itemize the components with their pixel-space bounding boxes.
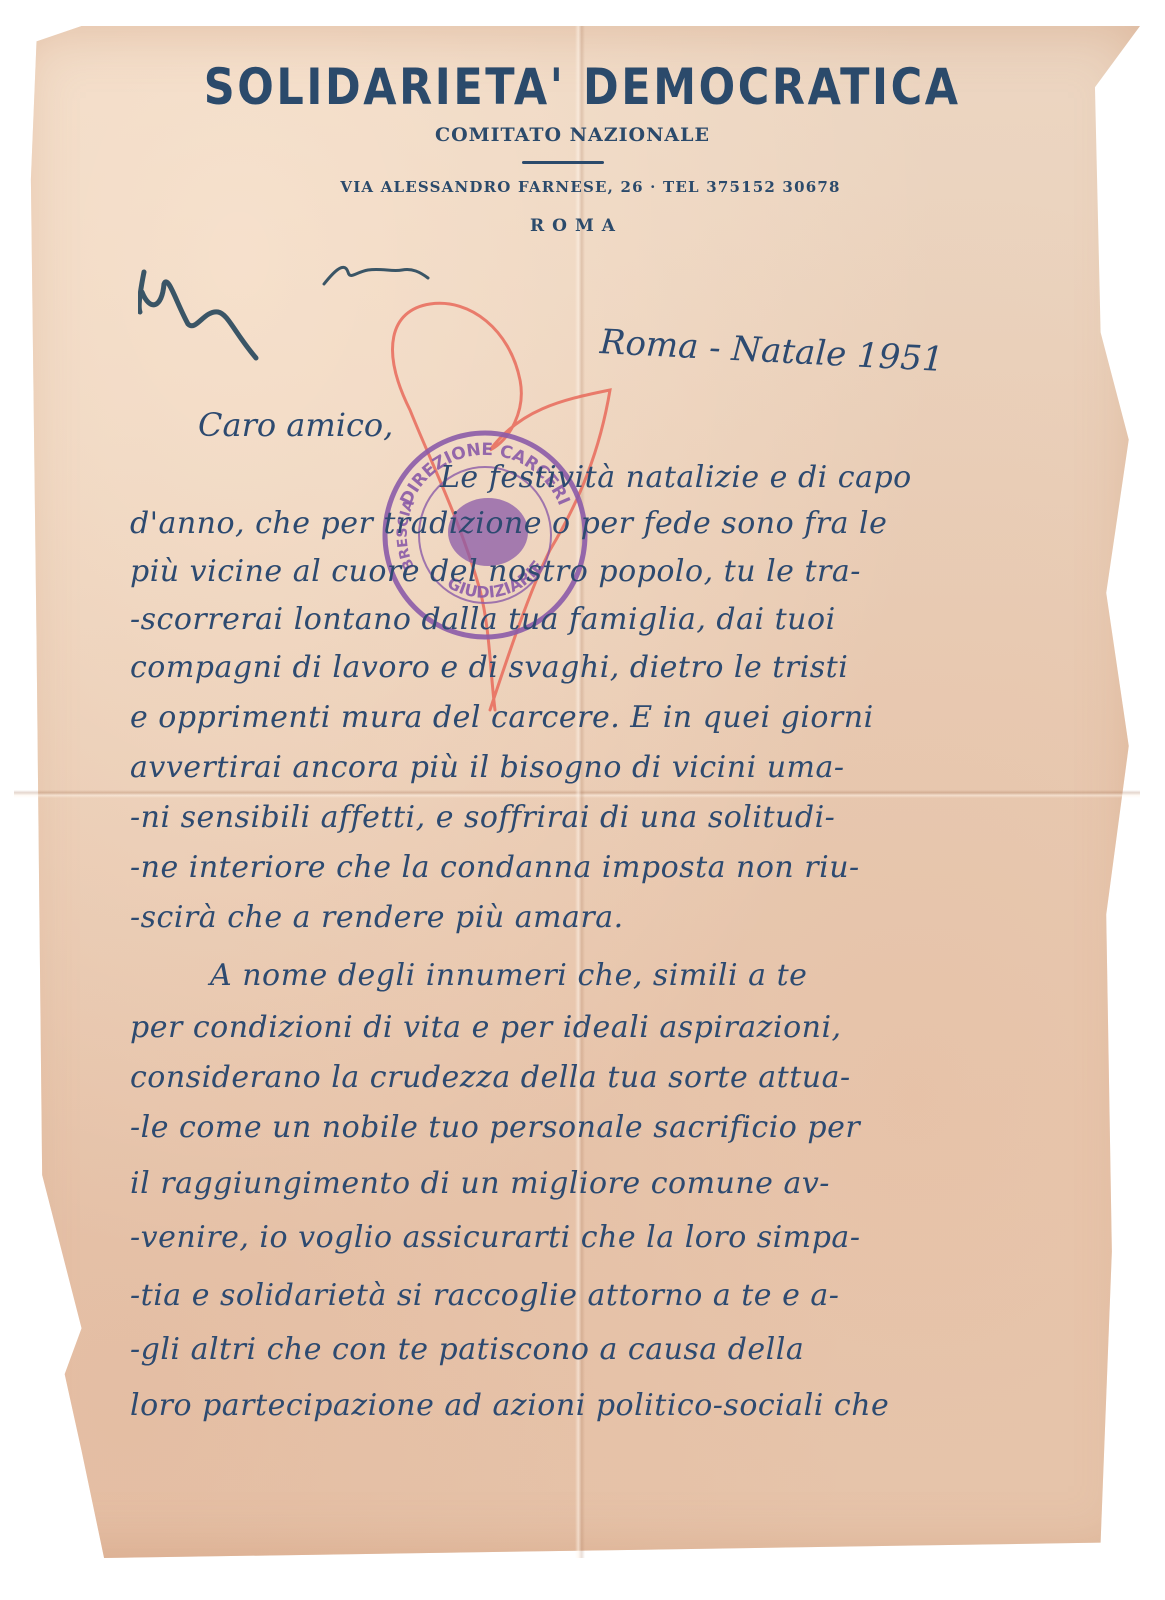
salutation: Caro amico, xyxy=(198,406,393,444)
body-line: d'anno, che per tradizione o per fede so… xyxy=(130,506,887,541)
body-line: avvertirai ancora più il bisogno di vici… xyxy=(130,750,845,785)
body-line: -tia e solidarietà si raccoglie attorno … xyxy=(130,1278,839,1313)
body-line: -scirà che a rendere più amara. xyxy=(130,900,624,935)
body-line: Le festività natalizie e di capo xyxy=(440,460,912,495)
initials-scribble-icon xyxy=(138,262,268,362)
body-line: -le come un nobile tuo personale sacrifi… xyxy=(130,1110,860,1145)
body-line: considerano la crudezza della tua sorte … xyxy=(130,1060,851,1095)
letterhead-city: ROMA xyxy=(0,216,1159,236)
body-line: compagni di lavoro e di svaghi, dietro l… xyxy=(130,650,848,685)
body-line: -ne interiore che la condanna imposta no… xyxy=(130,850,860,885)
letterhead-committee: COMITATO NAZIONALE xyxy=(0,124,1155,146)
body-line: loro partecipazione ad azioni politico-s… xyxy=(130,1388,889,1423)
body-line: -scorrerai lontano dalla tua famiglia, d… xyxy=(130,602,836,637)
body-line: per condizioni di vita e per ideali aspi… xyxy=(130,1010,842,1045)
body-line: e opprimenti mura del carcere. E in quei… xyxy=(130,700,874,735)
body-line: -ni sensibili affetti, e soffrirai di un… xyxy=(130,800,835,835)
body-line: il raggiungimento di un migliore comune … xyxy=(130,1166,830,1201)
body-line: -gli altri che con te patiscono a causa … xyxy=(130,1332,804,1367)
body-line: più vicine al cuore del nostro popolo, t… xyxy=(130,554,861,589)
vertical-fold-crease xyxy=(575,26,585,1558)
body-line: A nome degli innumeri che, simili a te xyxy=(210,958,807,993)
top-scribble-icon xyxy=(322,258,432,288)
letterhead-organization: SOLIDARIETA' DEMOCRATICA xyxy=(81,58,1083,116)
letterhead-divider xyxy=(522,161,604,164)
letterhead-address: VIA ALESSANDRO FARNESE, 26 · TEL 375152 … xyxy=(8,178,1165,196)
body-line: -venire, io voglio assicurarti che la lo… xyxy=(130,1220,860,1255)
